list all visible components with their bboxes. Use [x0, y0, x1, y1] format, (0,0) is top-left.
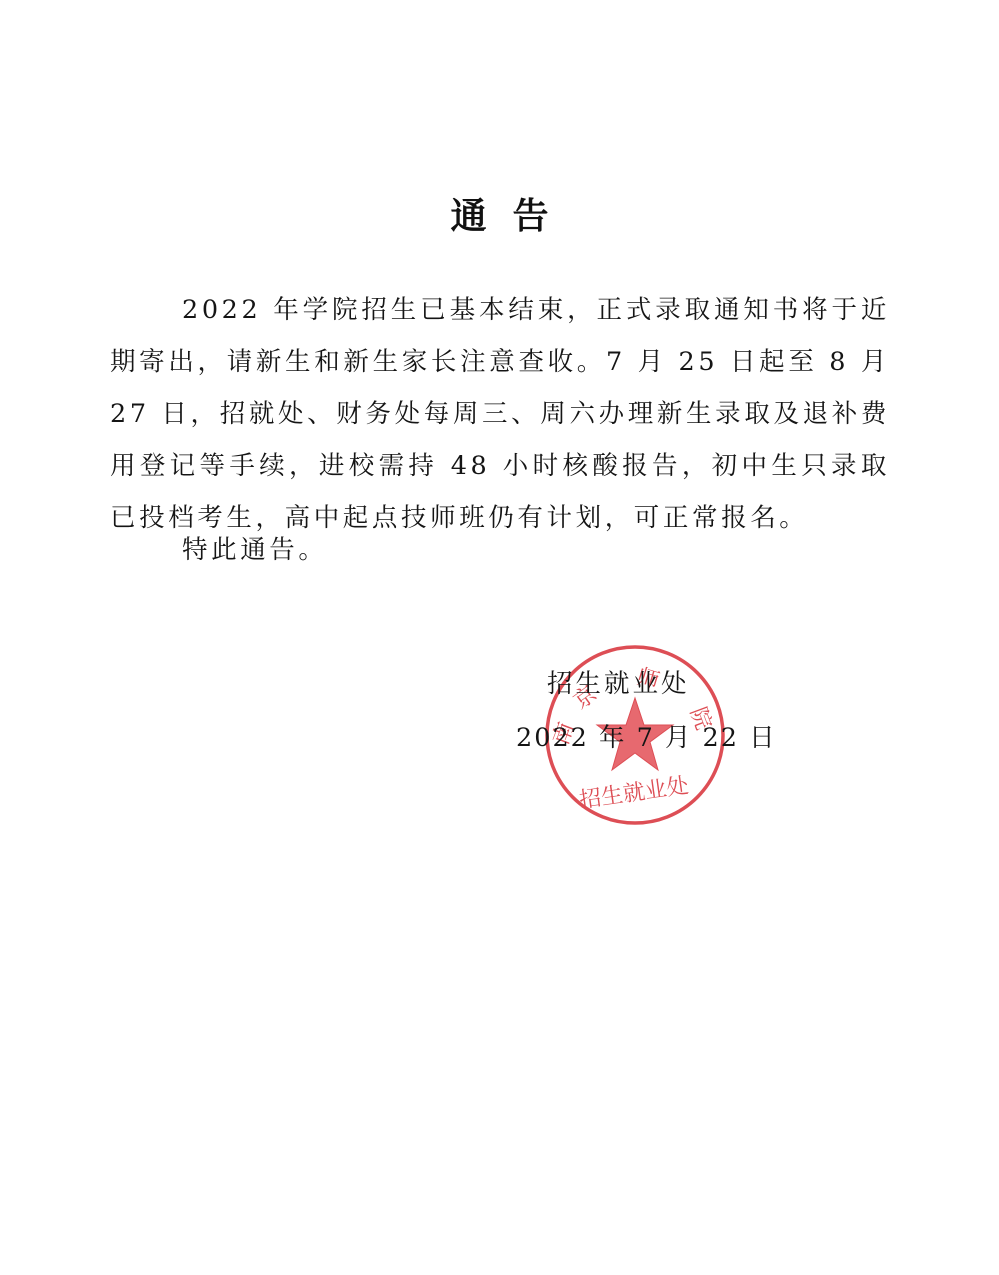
- document-page: 通告 2022 年学院招生已基本结束，正式录取通知书将于近期寄出，请新生和新生家…: [0, 0, 999, 1275]
- document-title: 通告: [0, 188, 999, 239]
- signature-organization: 招生就业处: [547, 664, 690, 700]
- signature-date: 2022 年 7 月 22 日: [516, 718, 777, 754]
- seal-bottom-text: 招生就业处: [578, 774, 690, 814]
- closing-line: 特此通告。: [182, 524, 328, 576]
- body-paragraph: 2022 年学院招生已基本结束，正式录取通知书将于近期寄出，请新生和新生家长注意…: [110, 284, 890, 544]
- document-body: 2022 年学院招生已基本结束，正式录取通知书将于近期寄出，请新生和新生家长注意…: [110, 284, 890, 544]
